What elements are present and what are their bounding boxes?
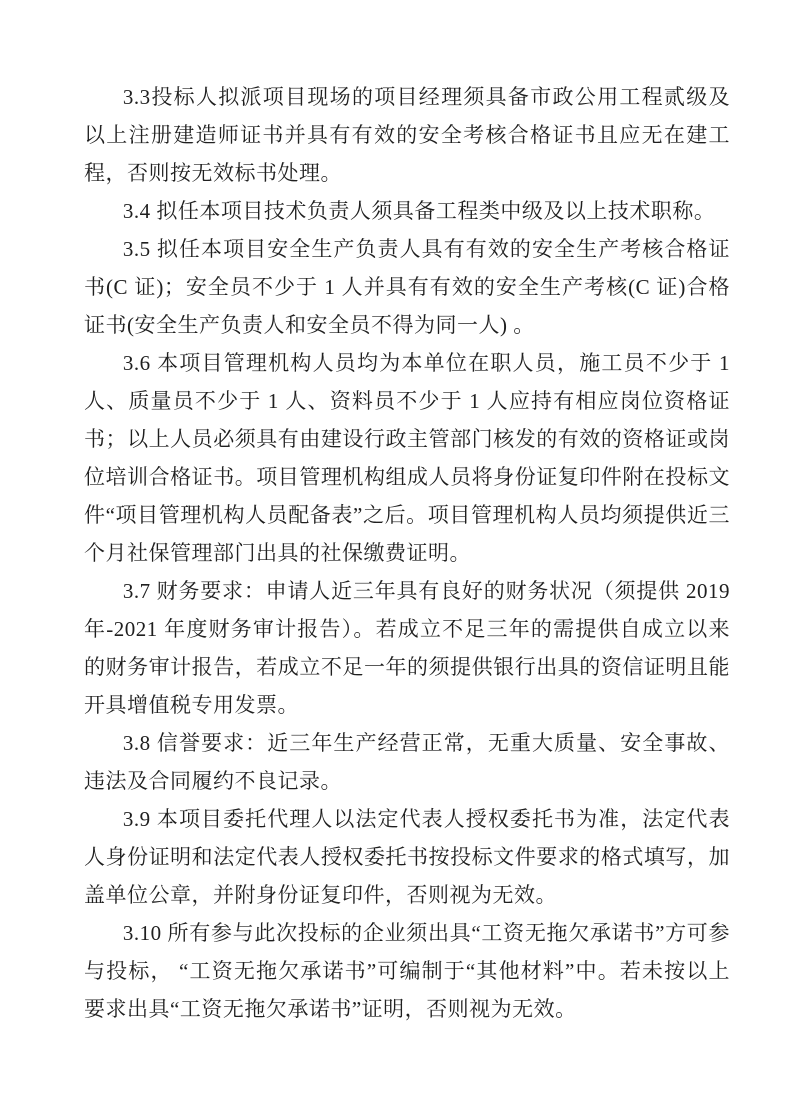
document-text-block: 3.3投标人拟派项目现场的项目经理须具备市政公用工程贰级及以上注册建造师证书并具… [84,78,730,1028]
clause-3-10: 3.10 所有参与此次投标的企业须出具“工资无拖欠承诺书”方可参与投标， “工资… [84,914,730,1028]
clause-3-9: 3.9 本项目委托代理人以法定代表人授权委托书为准，法定代表人身份证明和法定代表… [84,800,730,914]
clause-3-4: 3.4 拟任本项目技术负责人须具备工程类中级及以上技术职称。 [84,192,730,230]
clause-3-6: 3.6 本项目管理机构人员均为本单位在职人员，施工员不少于 1 人、质量员不少于… [84,344,730,572]
clause-3-8: 3.8 信誉要求：近三年生产经营正常，无重大质量、安全事故、违法及合同履约不良记… [84,724,730,800]
document-page: 3.3投标人拟派项目现场的项目经理须具备市政公用工程贰级及以上注册建造师证书并具… [0,0,800,1111]
clause-3-7: 3.7 财务要求：申请人近三年具有良好的财务状况（须提供 2019 年-2021… [84,572,730,724]
clause-3-5: 3.5 拟任本项目安全生产负责人具有有效的安全生产考核合格证书(C 证)；安全员… [84,230,730,344]
clause-3-3: 3.3投标人拟派项目现场的项目经理须具备市政公用工程贰级及以上注册建造师证书并具… [84,78,730,192]
